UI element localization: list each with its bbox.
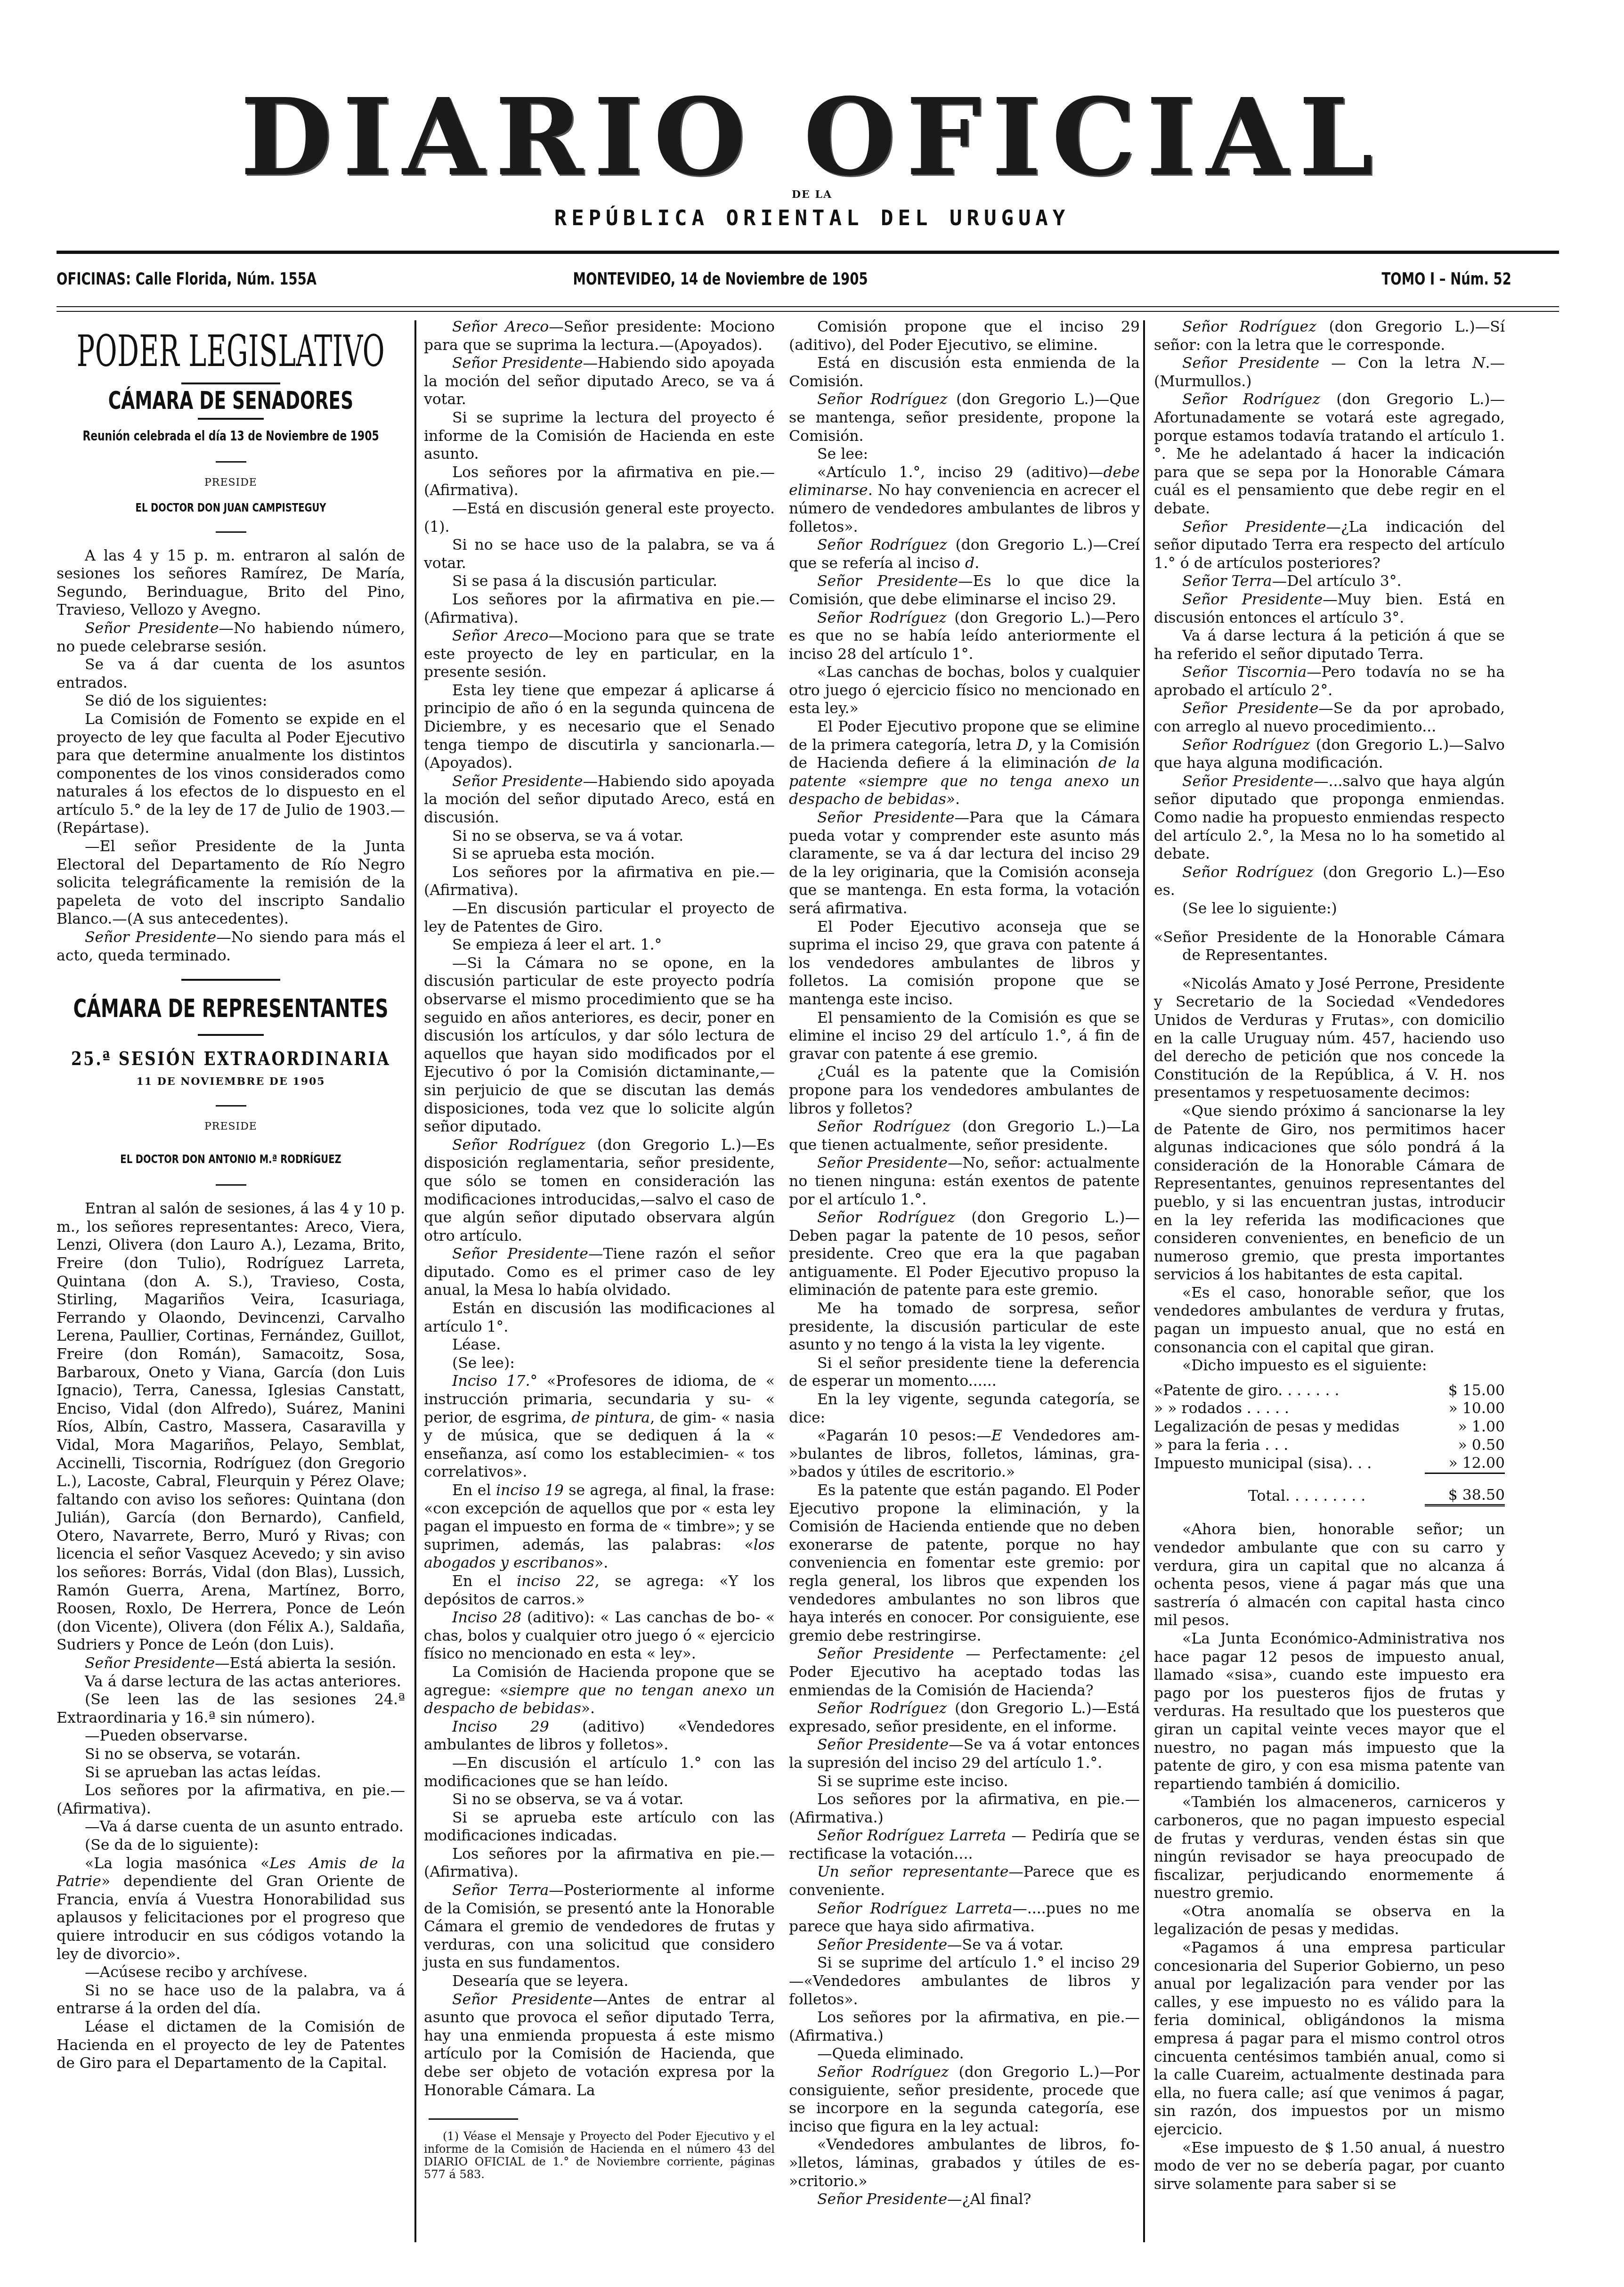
footnote: (1) Véase el Mensaje y Proyecto del Pode… [424, 2130, 775, 2181]
representatives-minutes-part-1: Entran al salón de sesiones, á las 4 y 1… [57, 1200, 405, 2073]
header-rule-bottom [57, 311, 1559, 312]
paragraph: Señor Presidente—Se va á votar. [789, 1936, 1140, 1954]
paragraph: Entran al salón de sesiones, á las 4 y 1… [57, 1200, 405, 1654]
offices-address: OFICINAS: Calle Florida, Núm. 155A [57, 269, 317, 289]
divider [198, 418, 264, 420]
paragraph: Si se aprueban las actas leídas. [57, 1764, 405, 1782]
paragraph: Los señores por la afirmativa, en pie.—(… [57, 1782, 405, 1818]
paragraph: —Está en discusión general este proyecto… [424, 500, 775, 536]
paragraph: Están en discusión las modificaciones al… [424, 1300, 775, 1336]
column-3: Comisión propone que el inciso 29 (aditi… [789, 318, 1140, 2259]
petition-heading: «Señor Presidente de la Honorable Cámara… [1154, 928, 1505, 965]
representatives-minutes-part-3: Comisión propone que el inciso 29 (aditi… [789, 318, 1140, 2209]
paragraph: Léase el dictamen de la Comisión de Haci… [57, 2018, 405, 2073]
paragraph: El pensamiento de la Comisión es que se … [789, 1009, 1140, 1064]
column-4: Señor Rodríguez (don Gregorio L.)—Sí señ… [1154, 318, 1505, 2259]
paragraph: «Dicho impuesto es el siguiente: [1154, 1357, 1505, 1375]
paragraph: Está en discusión esta enmienda de la Co… [789, 354, 1140, 391]
representatives-president: EL DOCTOR DON ANTONIO M.ª RODRÍGUEZ [73, 1150, 389, 1169]
paragraph: Los señores por la afirmativa en pie.—(A… [424, 464, 775, 500]
paragraph: —Va á darse cuenta de un asunto entrado. [57, 1818, 405, 1836]
tax-value: $ 15.00 [1425, 1382, 1505, 1400]
paragraph: Señor Tiscornia—Pero todavía no se ha ap… [1154, 663, 1505, 700]
paragraph: —En discusión el artículo 1.° con las mo… [424, 1754, 775, 1791]
paragraph: —Pueden observarse. [57, 1727, 405, 1745]
divider [216, 1105, 246, 1107]
paragraph: Señor Presidente—¿Al final? [789, 2190, 1140, 2209]
paragraph: Señor Terra—Del artículo 3°. [1154, 572, 1505, 591]
paragraph: En el inciso 19 se agrega, al final, la … [424, 1481, 775, 1572]
paragraph: Señor Rodríguez (don Gregorio L.)—La que… [789, 1118, 1140, 1154]
divider [198, 1034, 264, 1036]
column-1: PODER LEGISLATIVO CÁMARA DE SENADORES Re… [57, 318, 405, 2259]
paragraph: «Nicolás Amato y José Perrone, President… [1154, 975, 1505, 1102]
paragraph: (Se leen las de las sesiones 24.ª Extrao… [57, 1691, 405, 1727]
paragraph: Señor Presidente—Para que la Cámara pued… [789, 809, 1140, 918]
senate-heading: CÁMARA DE SENADORES [65, 392, 397, 410]
paragraph: —El señor Presidente de la Junta Elector… [57, 838, 405, 928]
paragraph: Si se suprime este inciso. [789, 1773, 1140, 1791]
paragraph: «Otra anomalía se observa en la legaliza… [1154, 1903, 1505, 1939]
petition-body-continued: «Ahora bien, honorable señor; un vendedo… [1154, 1521, 1505, 2193]
tax-table: «Patente de giro. . . . . . .$ 15.00» » … [1154, 1382, 1505, 1507]
paragraph: Señor Terra—Posteriormente al informe de… [424, 1881, 775, 1972]
paragraph: —Queda eliminado. [789, 2045, 1140, 2063]
paragraph: Señor Rodríguez (don Gregorio L.)—Por co… [789, 2063, 1140, 2136]
senate-president: EL DOCTOR DON JUAN CAMPISTEGUY [73, 499, 389, 517]
paragraph: —Si la Cámara no se opone, en la discusi… [424, 954, 775, 1136]
paragraph: Inciso 29 (aditivo) «Vendedores ambulant… [424, 1718, 775, 1754]
paragraph: Señor Rodríguez (don Gregorio L.)—Creí q… [789, 536, 1140, 572]
tax-total-label: Total. . . . . . . . . [1154, 1473, 1425, 1506]
column-divider [414, 320, 416, 2242]
tax-row: Impuesto municipal (sisa). . .» 12.00 [1154, 1454, 1505, 1473]
paragraph: ¿Cuál es la patente que la Comisión prop… [789, 1063, 1140, 1118]
divider [216, 461, 246, 463]
paragraph: Desearía que se leyera. [424, 1972, 775, 1991]
paragraph: (Se da de lo siguiente): [57, 1836, 405, 1855]
paragraph: —Acúsese recibo y archívese. [57, 1963, 405, 1982]
paragraph: Señor Rodríguez Larreta—....pues no me p… [789, 1900, 1140, 1936]
tax-value: » 12.00 [1425, 1454, 1505, 1473]
tax-value: » 10.00 [1425, 1400, 1505, 1418]
paragraph: Se va á dar cuenta de los asuntos entrad… [57, 656, 405, 692]
paragraph: Si no se observa, se va á votar. [424, 827, 775, 846]
issue-number: TOMO I – Núm. 52 [1382, 269, 1511, 289]
paragraph: «Vendedores ambulantes de libros, fo- »l… [789, 2136, 1140, 2190]
tax-value: » 0.50 [1425, 1436, 1505, 1455]
paragraph: Señor Presidente—¿La indicación del seño… [1154, 518, 1505, 573]
column-2: Señor Areco—Señor presidente: Mociono pa… [424, 318, 775, 2259]
paragraph: «La Junta Económico-Administrativa nos h… [1154, 1630, 1505, 1793]
section-title: PODER LEGISLATIVO [56, 327, 406, 375]
newspaper-title: DIARIO OFICIAL [0, 85, 1624, 191]
column-divider [1143, 320, 1145, 2242]
paragraph: Señor Areco—Mociono para que se trate es… [424, 627, 775, 682]
petition-body: «Nicolás Amato y José Perrone, President… [1154, 975, 1505, 1375]
paragraph: Los señores por la afirmativa, en pie.—(… [789, 1791, 1140, 1827]
paragraph: (Se lee): [424, 1354, 775, 1373]
footnote-rule [429, 2118, 518, 2120]
paragraph: Se dió de los siguientes: [57, 692, 405, 710]
paragraph: Si no se hace uso de la palabra, va á en… [57, 1982, 405, 2018]
paragraph: La Comisión de Fomento se expide en el p… [57, 710, 405, 838]
paragraph: Si se aprueba este artículo con las modi… [424, 1809, 775, 1845]
paragraph: Se lee: [789, 445, 1140, 464]
newspaper-subtitle-small: DE LA [0, 188, 1624, 201]
paragraph: «Las canchas de bochas, bolos y cualquie… [789, 663, 1140, 718]
paragraph: «Que siendo próximo á sancionarse la ley… [1154, 1102, 1505, 1284]
session-heading: 25.ª SESIÓN EXTRAORDINARIA [61, 1050, 401, 1068]
paragraph: Si se aprueba esta moción. [424, 845, 775, 863]
paragraph: Señor Presidente—No siendo para más el a… [57, 928, 405, 965]
paragraph: Señor Rodríguez (don Gregorio L.)—Salvo … [1154, 736, 1505, 773]
paragraph: Inciso 17.° «Profesores de idioma, de « … [424, 1372, 775, 1481]
paragraph: Si se suprime del artículo 1.° el inciso… [789, 1954, 1140, 2009]
paragraph: Los señores por la afirmativa, en pie.—(… [789, 2009, 1140, 2045]
session-date: 11 DE NOVIEMBRE DE 1905 [57, 1073, 405, 1091]
paragraph: Si el señor presidente tiene la deferenc… [789, 1354, 1140, 1391]
tax-total-row: Total. . . . . . . . . $ 38.50 [1154, 1473, 1505, 1506]
paragraph: Señor Presidente—No, señor: actualmente … [789, 1154, 1140, 1209]
paragraph: Señor Rodríguez (don Gregorio L.)—Pero e… [789, 609, 1140, 664]
tax-label: Legalización de pesas y medidas [1154, 1418, 1425, 1436]
paragraph: Señor Presidente—Habiendo sido apoyada l… [424, 354, 775, 409]
paragraph: El Poder Ejecutivo aconseja que se supri… [789, 918, 1140, 1009]
paragraph: Señor Rodríguez (don Gregorio L.)—Que se… [789, 391, 1140, 445]
tax-row: Legalización de pesas y medidas» 1.00 [1154, 1418, 1505, 1436]
tax-row: «Patente de giro. . . . . . .$ 15.00 [1154, 1382, 1505, 1400]
paragraph: «Artículo 1.°, inciso 29 (aditivo)—debe … [789, 464, 1140, 536]
issue-info-bar: OFICINAS: Calle Florida, Núm. 155A MONTE… [57, 269, 1334, 293]
tax-row: » para la feria . . .» 0.50 [1154, 1436, 1505, 1455]
tax-total-value: $ 38.50 [1425, 1473, 1505, 1506]
tax-label: » » rodados . . . . . [1154, 1400, 1425, 1418]
paragraph: En el inciso 22, se agrega: «Y los depós… [424, 1572, 775, 1609]
paragraph: Va á darse lectura de las actas anterior… [57, 1673, 405, 1691]
paragraph: Señor Rodríguez Larreta — Pediría que se… [789, 1827, 1140, 1863]
tax-row: » » rodados . . . . .» 10.00 [1154, 1400, 1505, 1418]
masthead-rule [57, 251, 1559, 254]
paragraph: Señor Presidente — Con la letra N.—(Murm… [1154, 354, 1505, 391]
paragraph: Si no se observa, se votarán. [57, 1745, 405, 1764]
paragraph: «También los almaceneros, carniceros y c… [1154, 1793, 1505, 1903]
paragraph: Me ha tomado de sorpresa, señor presiden… [789, 1300, 1140, 1354]
paragraph: Si no se hace uso de la palabra, se va á… [424, 536, 775, 572]
paragraph: Señor Presidente—Se da por aprobado, con… [1154, 700, 1505, 736]
divider [181, 979, 280, 981]
representatives-heading: CÁMARA DE REPRESENTANTES [65, 1000, 397, 1018]
paragraph: Señor Presidente—...salvo que haya algún… [1154, 773, 1505, 863]
paragraph: Si no se observa, se va á votar. [424, 1791, 775, 1809]
tax-label: Impuesto municipal (sisa). . . [1154, 1454, 1425, 1473]
paragraph: Léase. [424, 1336, 775, 1354]
tax-label: «Patente de giro. . . . . . . [1154, 1382, 1425, 1400]
paragraph: La Comisión de Hacienda propone que se a… [424, 1663, 775, 1718]
paragraph: Señor Rodríguez (don Gregorio L.)—Eso es… [1154, 863, 1505, 900]
divider [181, 383, 280, 384]
representatives-minutes-part-2: Señor Areco—Señor presidente: Mociono pa… [424, 318, 775, 2100]
paragraph: Señor Presidente — Perfectamente: ¿el Po… [789, 1645, 1140, 1700]
paragraph: Señor Rodríguez (don Gregorio L.)—Es dis… [424, 1136, 775, 1245]
paragraph: Señor Presidente—Es lo que dice la Comis… [789, 572, 1140, 609]
paragraph: Señor Presidente—Antes de entrar al asun… [424, 1991, 775, 2100]
paragraph: Señor Rodríguez (don Gregorio L.)—Sí señ… [1154, 318, 1505, 354]
tax-value: » 1.00 [1425, 1418, 1505, 1436]
paragraph: Va á darse lectura á la petición á que s… [1154, 627, 1505, 663]
paragraph: A las 4 y 15 p. m. entraron al salón de … [57, 547, 405, 619]
paragraph: Señor Rodríguez (don Gregorio L.)—Deben … [789, 1209, 1140, 1300]
divider [216, 1184, 246, 1186]
senate-minutes: A las 4 y 15 p. m. entraron al salón de … [57, 547, 405, 965]
paragraph: «Pagamos á una empresa particular conces… [1154, 1939, 1505, 2139]
footnote-text: (1) Véase el Mensaje y Proyecto del Pode… [424, 2130, 775, 2181]
paragraph: Señor Presidente—Tiene razón el señor di… [424, 1245, 775, 1300]
paragraph: Los señores por la afirmativa en pie.—(A… [424, 591, 775, 627]
paragraph: En la ley vigente, segunda categoría, se… [789, 1391, 1140, 1427]
paragraph: Un señor representante—Parece que es con… [789, 1863, 1140, 1899]
paragraph: Es la patente que están pagando. El Pode… [789, 1481, 1140, 1645]
paragraph: «Es el caso, honorable señor, que los ve… [1154, 1284, 1505, 1357]
header-rule-top [57, 306, 1559, 307]
senate-meeting-date: Reunión celebrada el día 13 de Noviembre… [62, 427, 400, 446]
paragraph: Inciso 28 (aditivo): « Las canchas de bo… [424, 1609, 775, 1663]
paragraph: «Ese impuesto de $ 1.50 anual, á nuestro… [1154, 2139, 1505, 2194]
paragraph: Señor Presidente—Se va á votar entonces … [789, 1736, 1140, 1772]
paragraph: Señor Rodríguez (don Gregorio L.)—Está e… [789, 1700, 1140, 1736]
paragraph: Señor Presidente—Está abierta la sesión. [57, 1654, 405, 1673]
paragraph: Esta ley tiene que empezar á aplicarse á… [424, 682, 775, 773]
paragraph: Señor Areco—Señor presidente: Mociono pa… [424, 318, 775, 354]
divider [216, 531, 246, 533]
paragraph: Si se suprime la lectura del proyecto é … [424, 409, 775, 464]
paragraph: (Se lee lo siguiente:) [1154, 900, 1505, 918]
paragraph: «La logia masónica «Les Amis de la Patri… [57, 1855, 405, 1964]
paragraph: —En discusión particular el proyecto de … [424, 900, 775, 936]
paragraph: «Pagarán 10 pesos:—E Vendedores am- »bul… [789, 1427, 1140, 1481]
paragraph: Señor Presidente—No habiendo número, no … [57, 619, 405, 656]
newspaper-subtitle: REPÚBLICA ORIENTAL DEL URUGUAY [0, 206, 1624, 230]
paragraph: Si se pasa á la discusión particular. [424, 572, 775, 591]
preside-label: PRESIDE [57, 474, 405, 492]
paragraph: El Poder Ejecutivo propone que se elimin… [789, 718, 1140, 809]
paragraph: Se empieza á leer el art. 1.° [424, 936, 775, 954]
dateline: MONTEVIDEO, 14 de Noviembre de 1905 [573, 269, 868, 289]
preside-label: PRESIDE [57, 1118, 405, 1136]
paragraph: Señor Rodríguez (don Gregorio L.)—Afortu… [1154, 391, 1505, 518]
paragraph: «Ahora bien, honorable señor; un vendedo… [1154, 1521, 1505, 1630]
paragraph: Señor Presidente—Muy bien. Está en discu… [1154, 591, 1505, 627]
paragraph: Señor Presidente—Habiendo sido apoyada l… [424, 773, 775, 827]
representatives-minutes-part-4: Señor Rodríguez (don Gregorio L.)—Sí señ… [1154, 318, 1505, 918]
paragraph: Los señores por la afirmativa en pie.—(A… [424, 1845, 775, 1881]
paragraph: Comisión propone que el inciso 29 (aditi… [789, 318, 1140, 354]
tax-label: » para la feria . . . [1154, 1436, 1425, 1455]
paragraph: Los señores por la afirmativa en pie.—(A… [424, 863, 775, 900]
